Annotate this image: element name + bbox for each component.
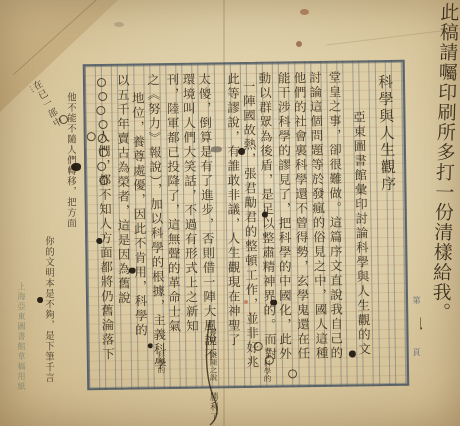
deletion-circle	[98, 134, 107, 143]
publisher-imprint: 上海亞東圖書館草稿用紙	[14, 282, 26, 408]
ink-blot	[262, 212, 268, 218]
manuscript-photo: 科學與人生觀序 亞東圖書館彙印討論科學與人生觀的文章，囑我作序，我 堂皇之事，卻…	[0, 0, 460, 426]
ink-blot	[129, 268, 136, 274]
insertion-note: 科學的	[156, 351, 165, 381]
margin-note-left-lower: 你的文明本是不夠，是下筆千言	[42, 236, 54, 391]
ink-smudge	[211, 146, 222, 152]
deletion-circle	[254, 342, 263, 351]
ink-blot	[238, 148, 245, 155]
ink-blot	[148, 343, 153, 348]
deletion-circle	[96, 106, 105, 115]
text-column: 刊，陸軍都已投降了，這無聲的革命士氣	[164, 73, 182, 373]
manuscript-grid-group: 科學與人生觀序 亞東圖書館彙印討論科學與人生觀的文章，囑我作序，我 堂皇之事，卻…	[83, 60, 410, 390]
text-column: 以五千年賣古為榮者，這是因為舊說	[114, 74, 132, 374]
stain	[296, 41, 302, 47]
page-number-suffix: 頁	[412, 348, 422, 362]
ink-blot	[349, 350, 356, 357]
page-number-prefix: 第	[412, 296, 422, 310]
deletion-circle	[265, 356, 274, 365]
margin-scribble: 在已一部中矣	[29, 79, 68, 138]
deletion-circle	[97, 78, 106, 87]
deletion-circle	[99, 176, 108, 185]
deletion-circle	[97, 162, 106, 171]
below-frame-note: 勝利了	[206, 392, 218, 424]
ink-blot	[270, 300, 277, 306]
deletion-circle	[99, 148, 108, 157]
page-number-value: 一	[413, 318, 428, 334]
stain	[114, 22, 124, 27]
stain	[300, 9, 309, 15]
ink-blot	[37, 297, 43, 303]
deletion-circle	[99, 120, 108, 129]
deletion-circle	[98, 92, 107, 101]
margin-instruction-right: 此稿請囑印刷所多打一份清樣給我。	[415, 2, 458, 343]
text-column: 堂皇之事，卻很難做。這篇序文直說我自己的話罷了	[326, 71, 344, 371]
text-column: 能干涉科學的謬見了，把科學的中國化，此外別無他途	[275, 71, 293, 371]
deletion-circle	[288, 369, 297, 378]
deletion-circle	[59, 115, 68, 124]
ink-blot	[96, 238, 102, 244]
ink-blot	[71, 163, 81, 171]
deletion-circle	[87, 132, 96, 141]
